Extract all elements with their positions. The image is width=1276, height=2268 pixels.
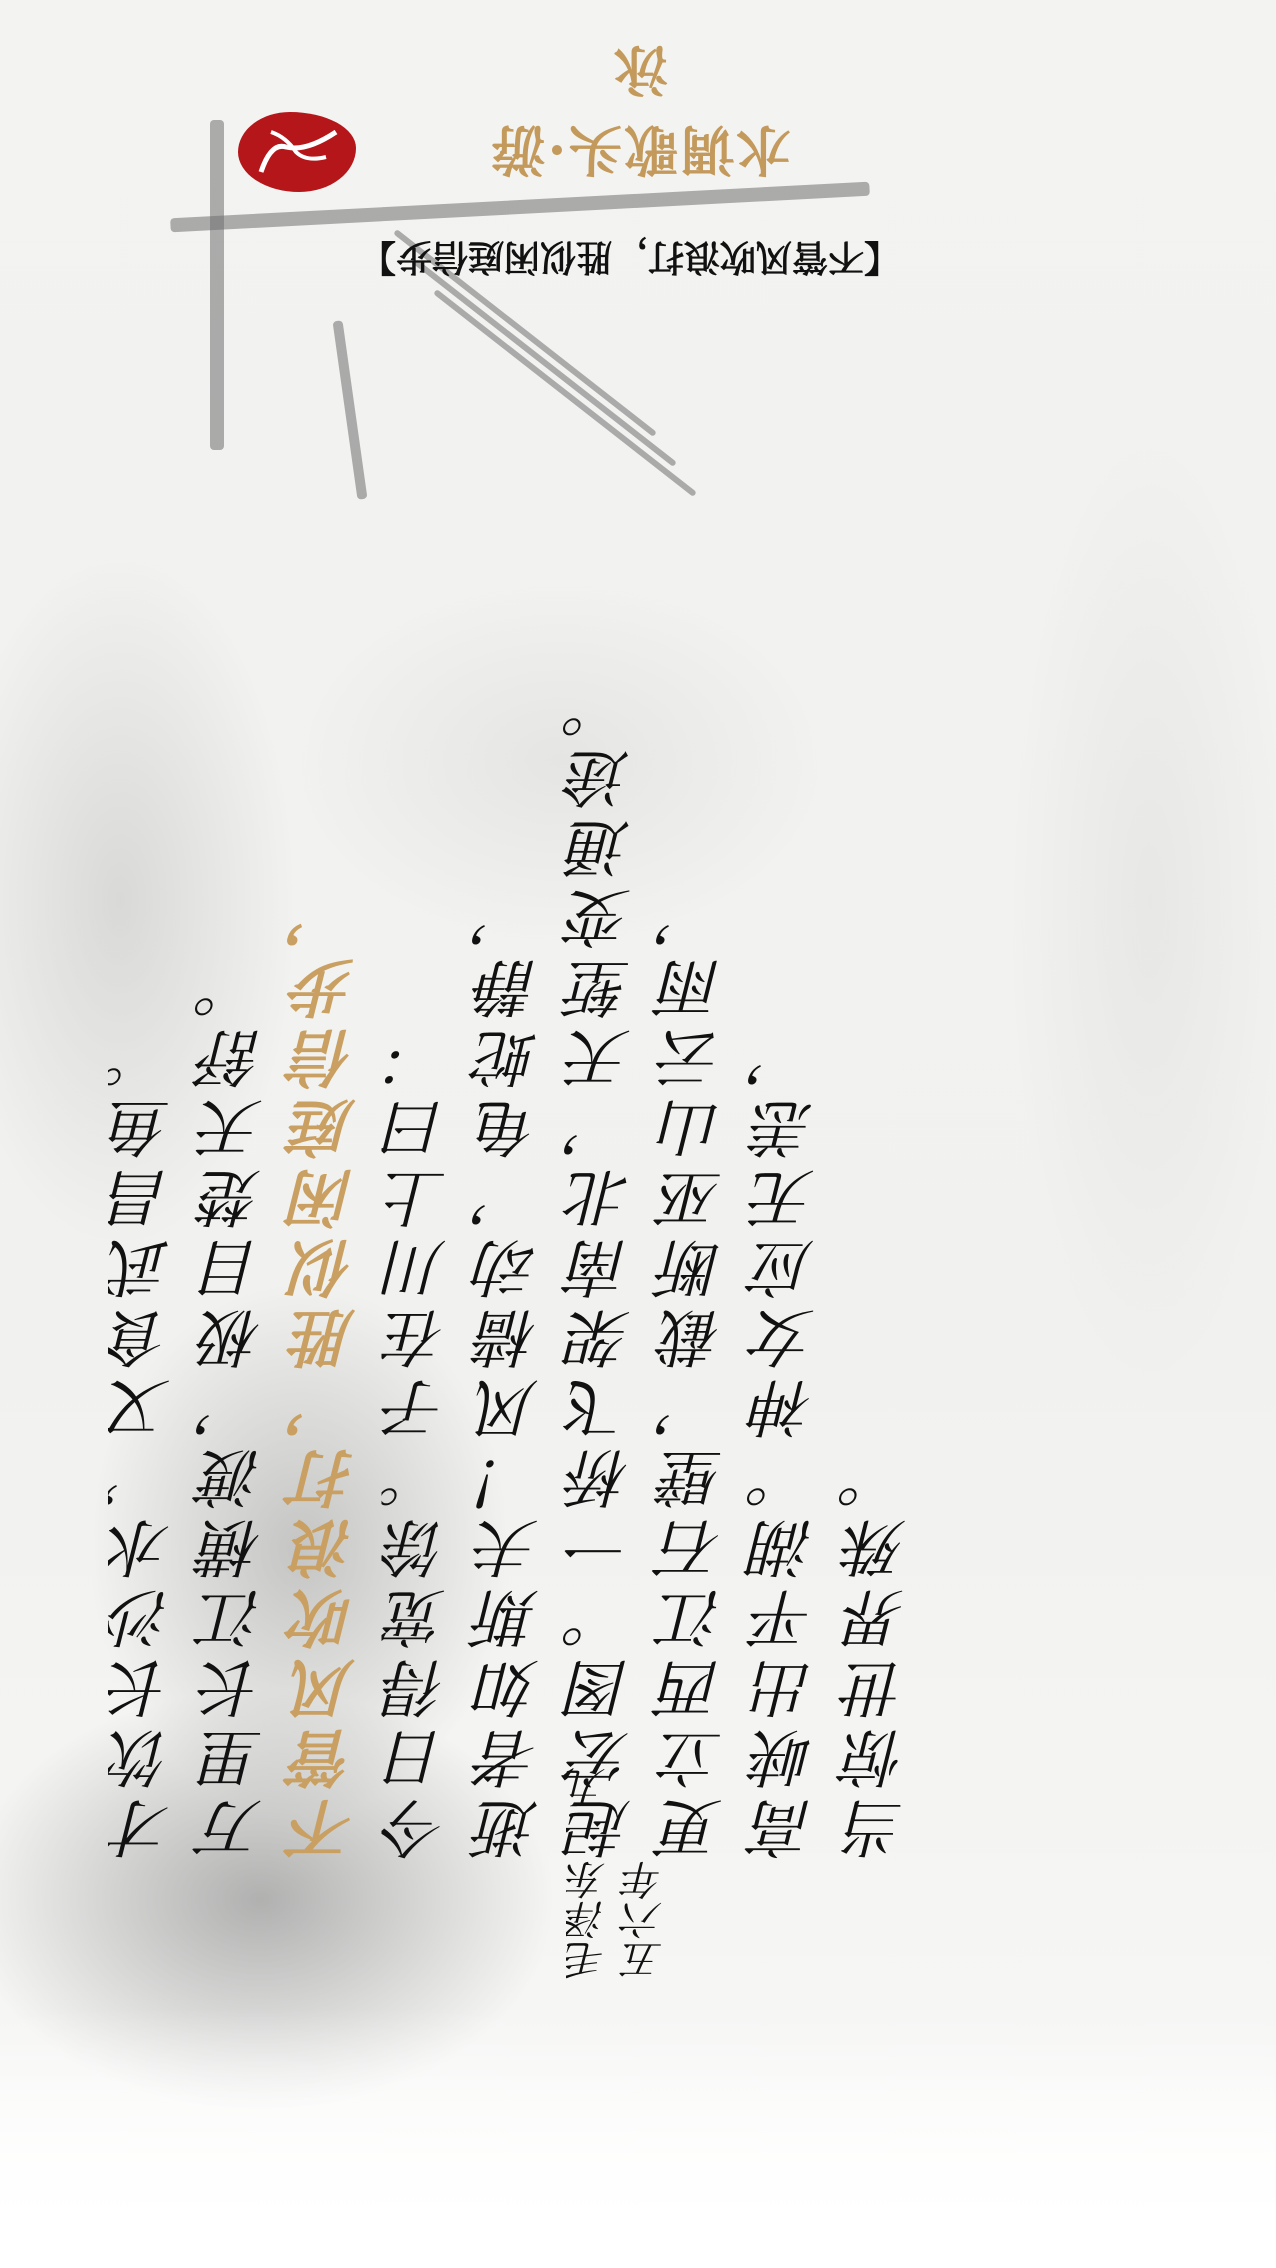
- ink-stroke-vertical: [210, 120, 224, 450]
- subtitle: 【不管风吹浪打，胜似闲庭信步】: [320, 232, 940, 282]
- poem-column-highlight: 不管风吹浪打，胜似闲庭信步，: [294, 570, 364, 1860]
- poem-column: 逝者如斯夫！风樯动，龟蛇静，: [478, 570, 548, 1860]
- poem-column: 当惊世界殊。: [846, 570, 916, 1860]
- bottom-fade: [0, 2008, 1276, 2268]
- poem-column: 才饮长沙水，又食武昌鱼。: [110, 570, 180, 1860]
- poem-column: 起宏图。一桥飞架南北，天堑变通途。: [570, 570, 640, 1860]
- seal-icon: [238, 112, 356, 192]
- calligraphy-poem: 才饮长沙水，又食武昌鱼。 万里长江横渡，极目楚天舒。 不管风吹浪打，胜似闲庭信步…: [110, 570, 1110, 1860]
- poem-column: 今日得宽馀。子在川上曰：: [386, 570, 456, 1860]
- poem-column: 更立西江石壁，截断巫山云雨，: [662, 570, 732, 1860]
- poem-title: 水调歌头·游泳: [470, 110, 810, 190]
- poem-column: 高峡出平湖。神女应无恙，: [754, 570, 824, 1860]
- poem-column: 万里长江横渡，极目楚天舒。: [202, 570, 272, 1860]
- signature: 毛泽东 一九五六年: [560, 1760, 620, 1980]
